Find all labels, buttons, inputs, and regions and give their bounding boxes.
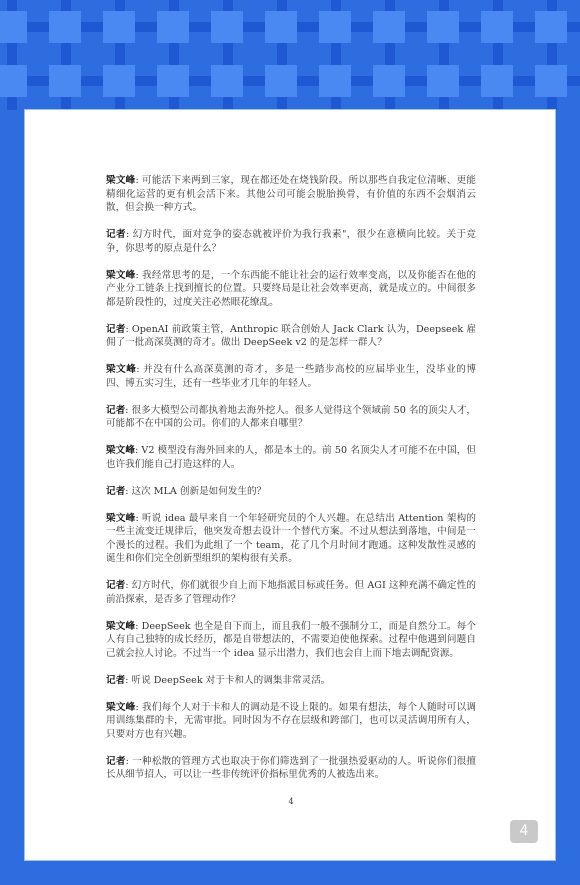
paragraph: 梁文峰: 我们每个人对于卡和人的调动是不设上限的。如果有想法，每个人随时可以调用… [106,701,476,742]
paragraph-text: : 并没有什么高深莫测的奇才，多是一些踏步高校的应届毕业生，没毕业的博四、博五实… [106,364,476,389]
paragraph-text: : 可能活下来两到三家，现在都还处在烧钱阶段。所以那些自我定位清晰、更能精细化运… [106,175,476,213]
paragraph: 记者: OpenAI 前政策主管，Anthropic 联合创始人 Jack Cl… [106,323,476,350]
paragraph-text: : 我们每个人对于卡和人的调动是不设上限的。如果有想法，每个人随时可以调用训练集… [106,702,476,740]
page-footer-number: 4 [25,797,557,806]
paragraph: 记者: 很多大模型公司都执着地去海外挖人。很多人觉得这个领域前 50 名的顶尖人… [106,404,476,431]
paragraph-text: : 一种松散的管理方式也取决于你们筛选到了一批强热爱驱动的人。听说你们很擅长从细… [106,756,476,781]
speaker-label: 梁文峰 [106,270,136,281]
speaker-label: 梁文峰 [106,702,136,713]
speaker-label: 梁文峰 [106,445,135,456]
paragraph-text: : DeepSeek 也全是自下而上，而且我们一般不强制分工，而是自然分工。每个… [106,621,476,659]
paragraph-text: : 听说 idea 最早来自一个年轻研究员的个人兴趣。在总结出 Attentio… [106,513,476,565]
speaker-label: 记者 [106,405,125,416]
page-number-badge: 4 [510,820,538,843]
speaker-label: 记者 [106,756,126,767]
paragraph-text: : 听说 DeepSeek 对于卡和人的调集非常灵活。 [125,675,330,686]
paragraph: 记者: 幻方时代，你们就很少自上而下地指派目标或任务。但 AGI 这种充满不确定… [106,579,476,606]
paragraph: 梁文峰: 并没有什么高深莫测的奇才，多是一些踏步高校的应届毕业生，没毕业的博四、… [106,363,476,390]
paragraph: 梁文峰: V2 模型没有海外回来的人，都是本土的。前 50 名顶尖人才可能不在中… [106,444,476,471]
paragraph-text: : 幻方时代，你们就很少自上而下地指派目标或任务。但 AGI 这种充满不确定性的… [106,580,476,605]
paragraph-text: : 很多大模型公司都执着地去海外挖人。很多人觉得这个领域前 50 名的顶尖人才，… [106,405,476,430]
document-page: 梁文峰: 可能活下来两到三家，现在都还处在烧钱阶段。所以那些自我定位清晰、更能精… [24,109,556,861]
paragraph: 梁文峰: DeepSeek 也全是自下而上，而且我们一般不强制分工，而是自然分工… [106,620,476,661]
speaker-label: 记者 [106,324,125,335]
speaker-label: 记者 [106,229,126,240]
paragraph: 梁文峰: 听说 idea 最早来自一个年轻研究员的个人兴趣。在总结出 Atten… [106,512,476,566]
header-pattern [0,0,580,110]
paragraph: 记者: 听说 DeepSeek 对于卡和人的调集非常灵活。 [106,674,476,688]
paragraph: 梁文峰: 我经常思考的是，一个东西能不能让社会的运行效率变高，以及你能否在他的产… [106,269,476,310]
speaker-label: 记者 [106,675,125,686]
paragraph: 记者: 这次 MLA 创新是如何发生的？ [106,485,476,499]
speaker-label: 记者 [106,580,125,591]
paragraph-text: : 我经常思考的是，一个东西能不能让社会的运行效率变高，以及你能否在他的产业分工… [106,270,476,308]
speaker-label: 梁文峰 [106,513,135,524]
speaker-label: 记者 [106,486,125,497]
interview-text: 梁文峰: 可能活下来两到三家，现在都还处在烧钱阶段。所以那些自我定位清晰、更能精… [106,174,476,795]
speaker-label: 梁文峰 [106,621,135,632]
speaker-label: 梁文峰 [106,175,136,186]
paragraph: 梁文峰: 可能活下来两到三家，现在都还处在烧钱阶段。所以那些自我定位清晰、更能精… [106,174,476,215]
paragraph-text: : 这次 MLA 创新是如何发生的？ [125,486,266,497]
speaker-label: 梁文峰 [106,364,136,375]
paragraph-text: : V2 模型没有海外回来的人，都是本土的。前 50 名顶尖人才可能不在中国，但… [106,445,476,470]
paragraph-text: : OpenAI 前政策主管，Anthropic 联合创始人 Jack Clar… [106,324,476,349]
paragraph-text: : 幻方时代，面对竞争的姿态就被评价为我行我素"，很少在意横向比较。关于竞争，你… [106,229,476,254]
paragraph: 记者: 一种松散的管理方式也取决于你们筛选到了一批强热爱驱动的人。听说你们很擅长… [106,755,476,782]
paragraph: 记者: 幻方时代，面对竞争的姿态就被评价为我行我素"，很少在意横向比较。关于竞争… [106,228,476,255]
